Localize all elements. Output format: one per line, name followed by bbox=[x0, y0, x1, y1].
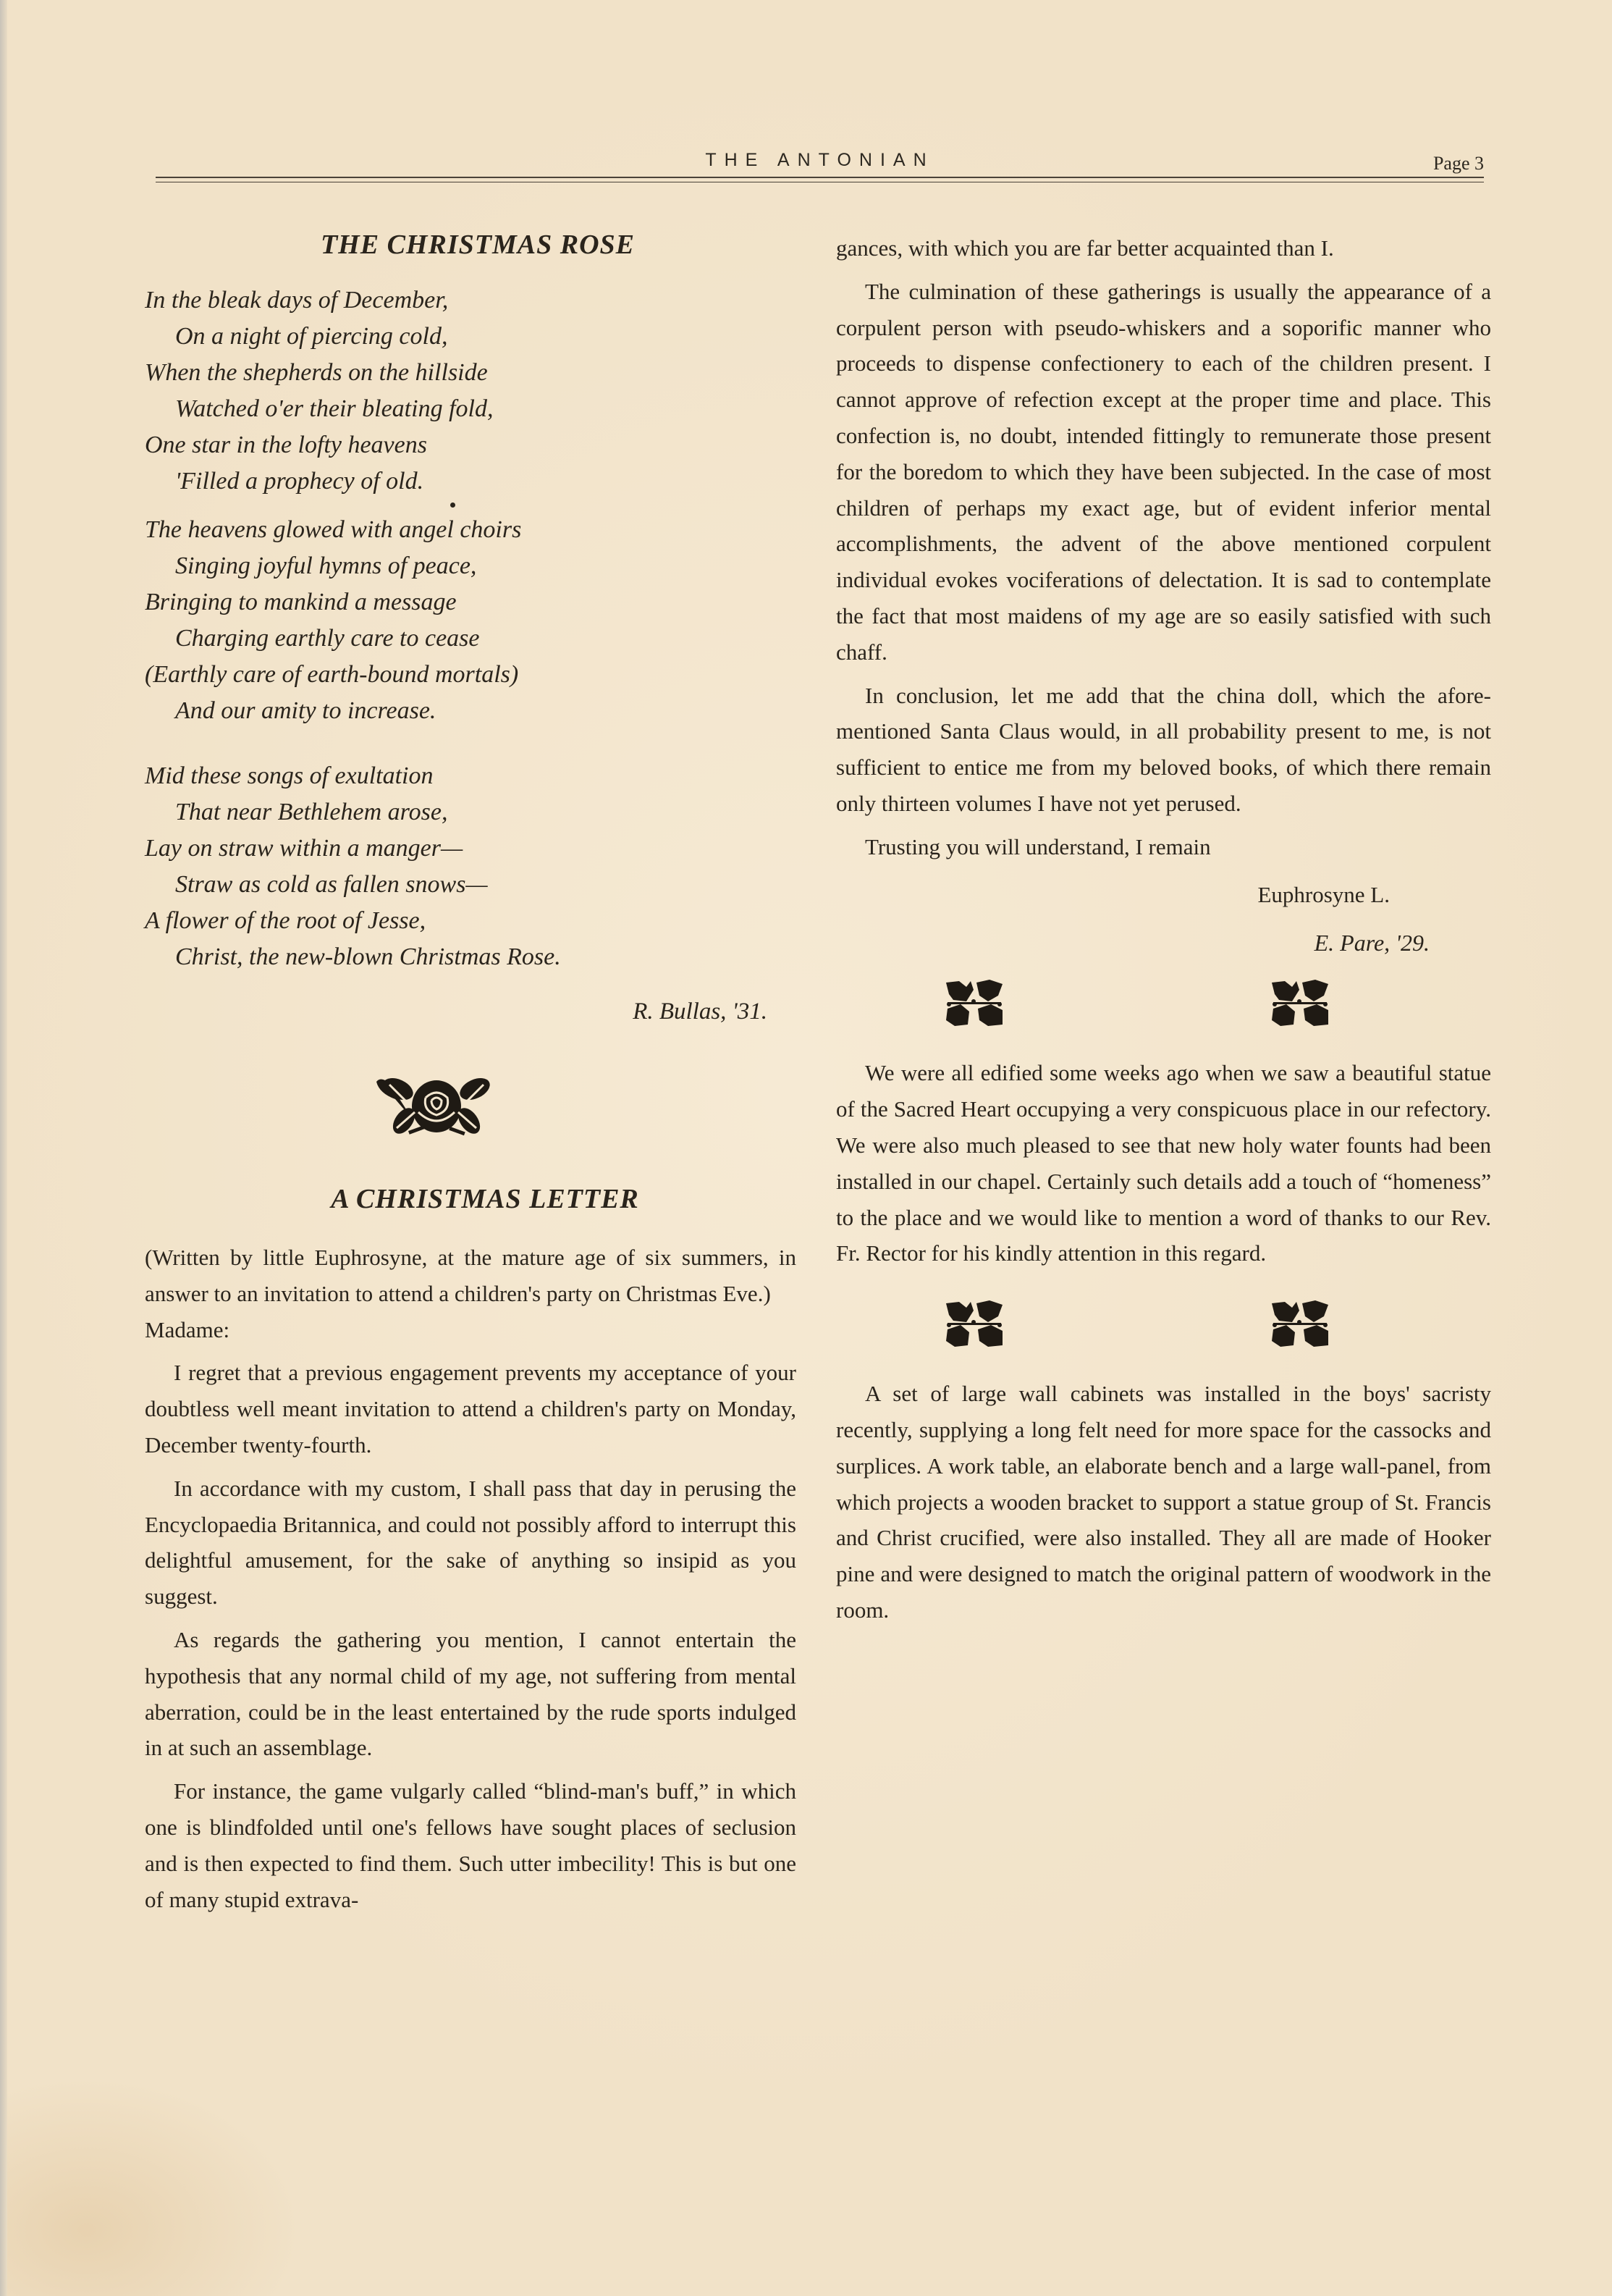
verse-line: A flower of the root of Jesse, bbox=[145, 903, 796, 939]
verse-line: Straw as cold as fallen snows— bbox=[145, 867, 796, 903]
letter-paragraph: As regards the gathering you mention, I … bbox=[145, 1622, 796, 1766]
page-number: Page 3 bbox=[1433, 153, 1484, 174]
holly-ornament-icon bbox=[1270, 1300, 1330, 1348]
verse-line: On a night of piercing cold, bbox=[145, 319, 796, 355]
letter-title: A CHRISTMAS LETTER bbox=[145, 1183, 796, 1215]
verse-line: One star in the lofty heavens bbox=[145, 427, 796, 463]
left-column: THE CHRISTMAS ROSE In the bleak days of … bbox=[145, 217, 796, 1917]
holly-ornament-icon bbox=[945, 980, 1004, 1027]
poem-stanza-1: In the bleak days of December, On a nigh… bbox=[145, 282, 796, 508]
rose-ornament-icon bbox=[375, 1069, 498, 1141]
news-note: A set of large wall cabinets was install… bbox=[836, 1376, 1491, 1628]
letter-paragraph: For instance, the game vulgarly called “… bbox=[145, 1773, 796, 1917]
letter-closing: Trusting you will understand, I remain bbox=[836, 829, 1491, 865]
holly-divider bbox=[836, 980, 1491, 1038]
verse-line: Charging earthly care to cease bbox=[145, 621, 796, 657]
masthead-rule-bottom bbox=[156, 182, 1484, 182]
letter-intro: (Written by little Euphrosyne, at the ma… bbox=[145, 1240, 796, 1312]
verse-line: 'Filled a prophecy of old. bbox=[145, 463, 796, 500]
verse-line: Mid these songs of exultation bbox=[145, 758, 796, 794]
poem-stanza-3: Mid these songs of exultation That near … bbox=[145, 758, 796, 975]
verse-line: When the shepherds on the hillside bbox=[145, 355, 796, 391]
letter-paragraph: I regret that a previous engagement prev… bbox=[145, 1355, 796, 1463]
verse-line: In the bleak days of December, bbox=[145, 282, 796, 319]
masthead: THE ANTONIAN Page 3 bbox=[156, 148, 1484, 185]
page-binding-edge bbox=[0, 0, 7, 2296]
verse-line: The heavens glowed with angel choirs bbox=[145, 512, 796, 548]
poem-stanza-2: The heavens glowed with angel choirs Sin… bbox=[145, 512, 796, 729]
poem-title: THE CHRISTMAS ROSE bbox=[145, 229, 796, 261]
masthead-rule-top bbox=[156, 177, 1484, 178]
holly-ornament-icon bbox=[1270, 980, 1330, 1027]
letter-continuation: gances, with which you are far better ac… bbox=[836, 230, 1491, 266]
verse-line: Christ, the new-blown Christmas Rose. bbox=[145, 939, 796, 975]
verse-line: And our amity to increase. bbox=[145, 693, 796, 729]
letter-paragraph: In accordance with my custom, I shall pa… bbox=[145, 1471, 796, 1615]
verse-line: Lay on straw within a manger— bbox=[145, 830, 796, 867]
holly-ornament-icon bbox=[945, 1300, 1004, 1348]
poem-author: R. Bullas, '31. bbox=[145, 998, 796, 1025]
publication-title: THE ANTONIAN bbox=[156, 150, 1484, 171]
verse-line: Watched o'er their bleating fold, bbox=[145, 391, 796, 427]
letter-signed-name: Euphrosyne L. bbox=[836, 877, 1491, 913]
newspaper-page: THE ANTONIAN Page 3 THE CHRISTMAS ROSE I… bbox=[0, 0, 1612, 2296]
verse-line: (Earthly care of earth-bound mortals) bbox=[145, 657, 796, 693]
holly-divider bbox=[836, 1300, 1491, 1358]
verse-line: That near Bethlehem arose, bbox=[145, 794, 796, 830]
right-column: gances, with which you are far better ac… bbox=[836, 230, 1491, 1628]
verse-line: Bringing to mankind a message bbox=[145, 584, 796, 621]
stanza-separator-dot bbox=[450, 502, 455, 508]
letter-paragraph: In conclusion, let me add that the china… bbox=[836, 678, 1491, 822]
verse-line: Singing joyful hymns of peace, bbox=[145, 548, 796, 584]
news-note: We were all edified some weeks ago when … bbox=[836, 1055, 1491, 1271]
letter-author: E. Pare, '29. bbox=[836, 930, 1491, 956]
letter-paragraph: The culmination of these gatherings is u… bbox=[836, 274, 1491, 670]
letter-salutation: Madame: bbox=[145, 1312, 796, 1348]
